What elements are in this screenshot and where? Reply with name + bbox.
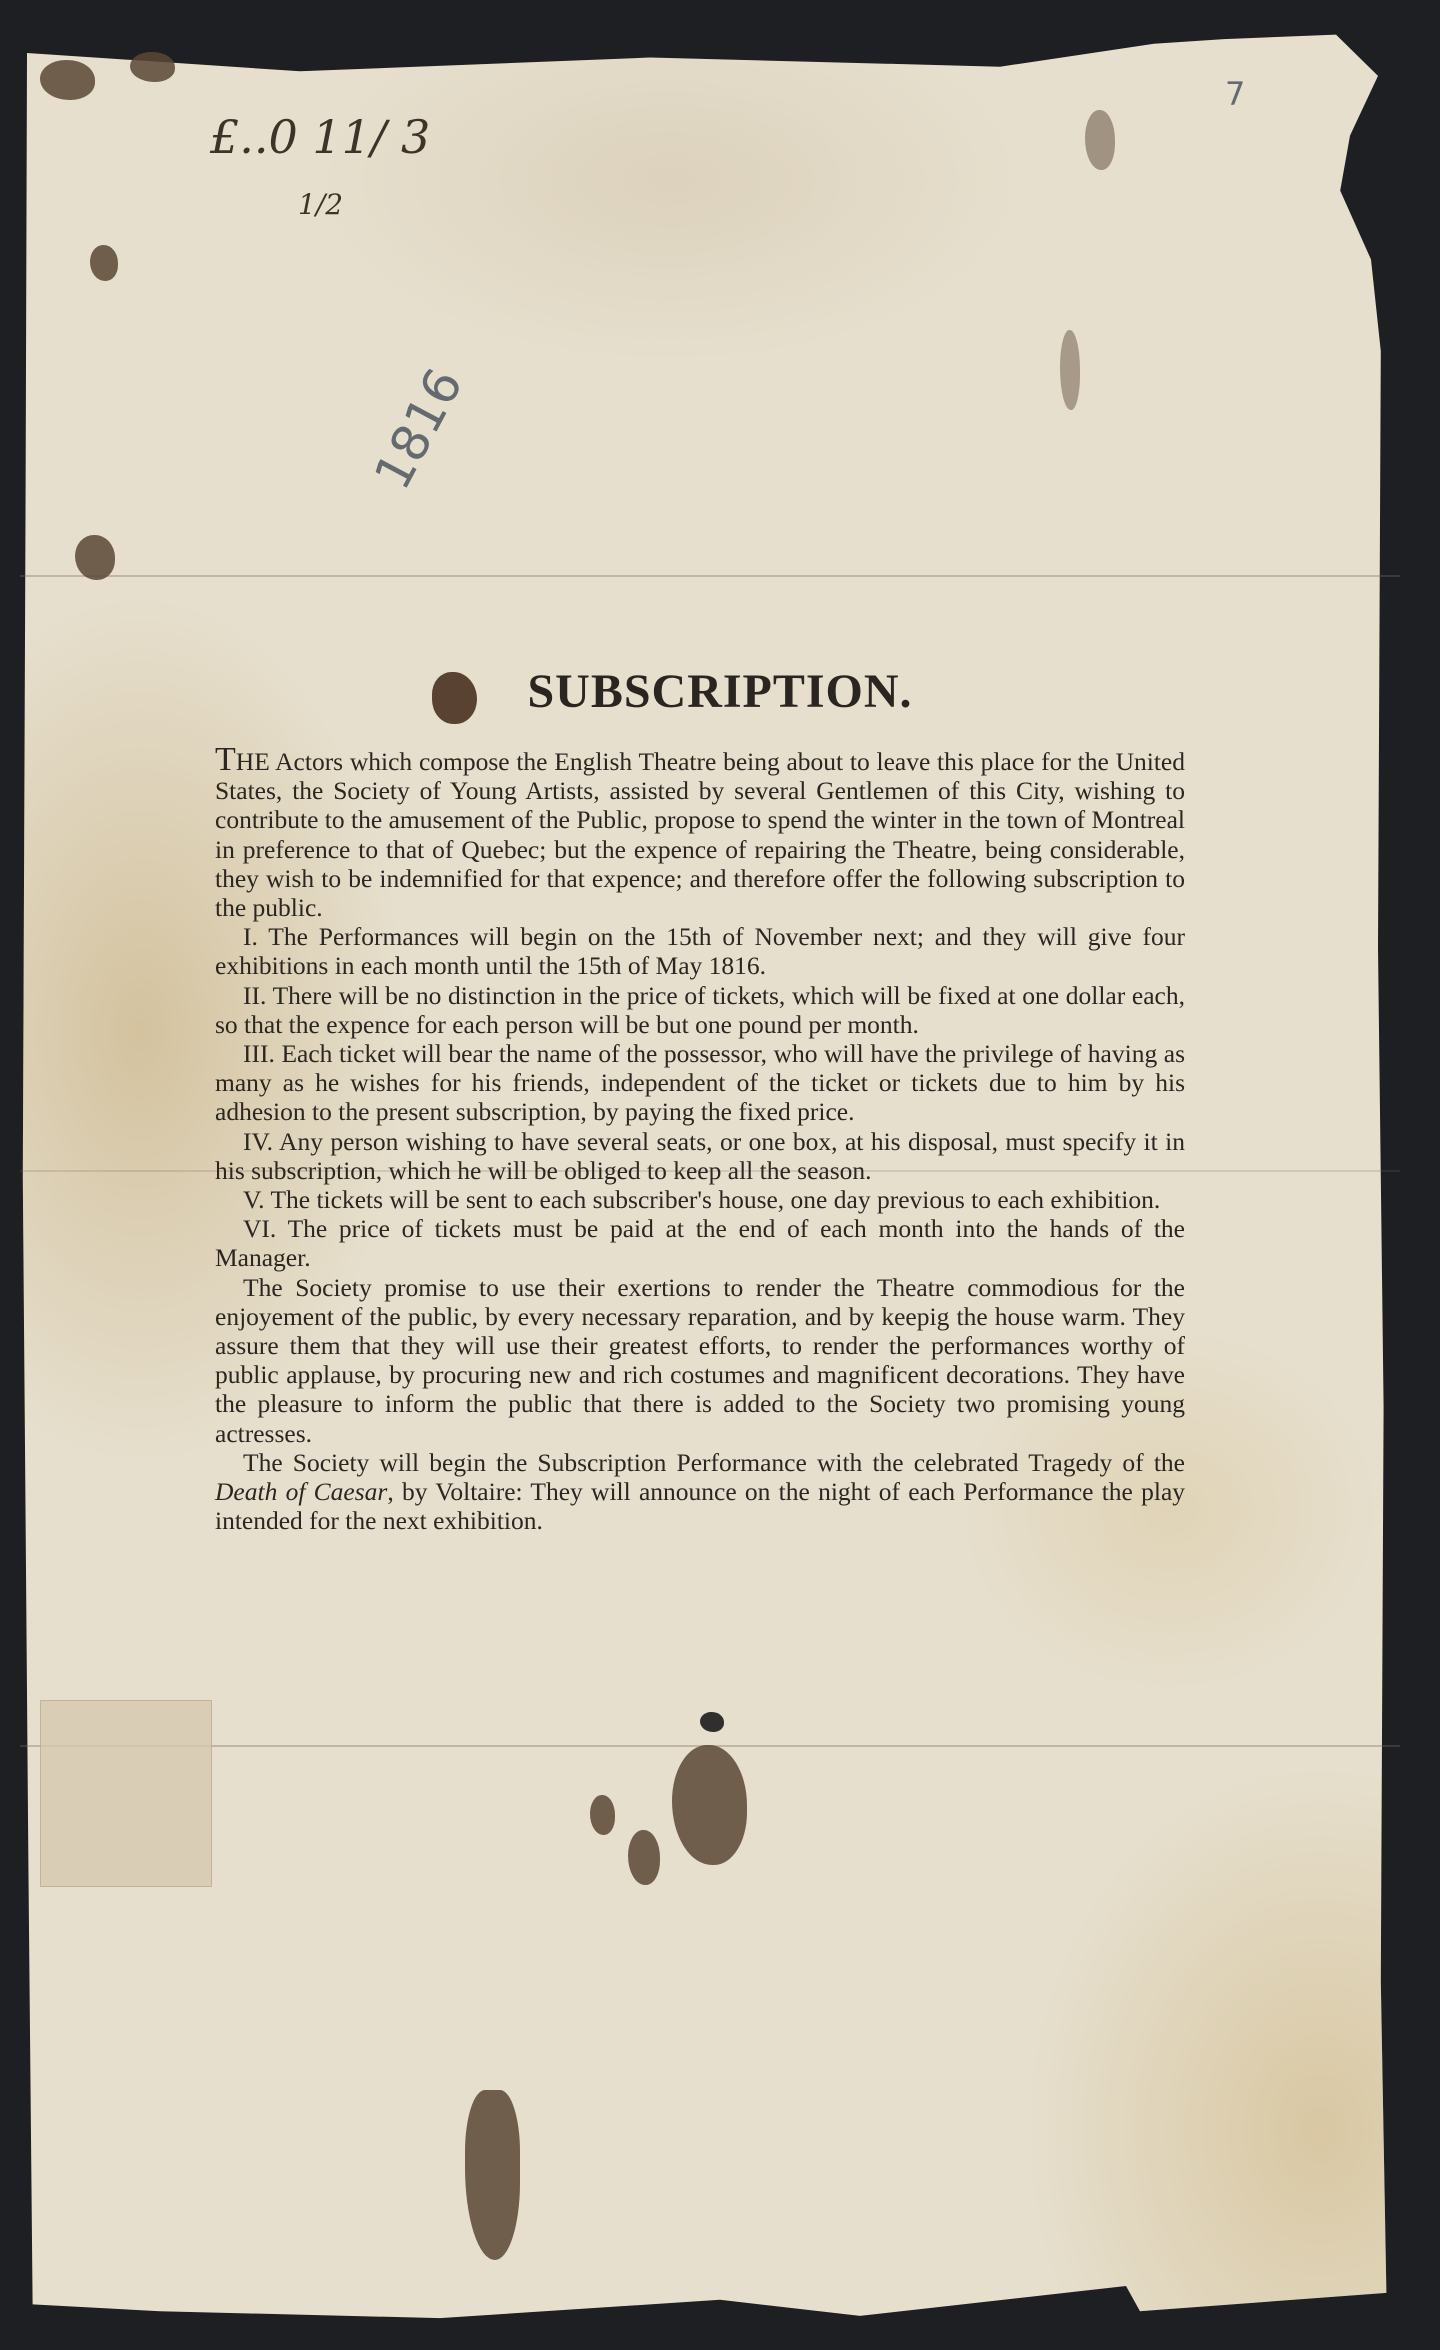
article-numeral: III. xyxy=(243,1039,275,1068)
ink-stain xyxy=(1060,330,1080,410)
article-numeral: IV. xyxy=(243,1127,273,1156)
article-text: The price of tickets must be paid at the… xyxy=(215,1214,1185,1272)
handwritten-fraction: 1/2 xyxy=(298,190,318,220)
article-5: V. The tickets will be sent to each subs… xyxy=(215,1185,1185,1214)
ink-stain xyxy=(40,60,95,100)
handwritten-amount: £..0 11/ 3 xyxy=(210,110,430,164)
document-body: THE Actors which compose the English The… xyxy=(215,745,1185,1535)
paper-hole xyxy=(700,1712,724,1732)
pencil-corner-number: 7 xyxy=(1225,75,1245,113)
page-title: SUBSCRIPTION. xyxy=(0,664,1440,719)
fold-line xyxy=(20,575,1400,577)
repair-tape xyxy=(40,1700,212,1887)
ink-stain xyxy=(628,1830,660,1885)
article-numeral: II. xyxy=(243,981,266,1010)
article-numeral: I. xyxy=(243,922,258,951)
article-text: There will be no distinction in the pric… xyxy=(215,981,1185,1039)
closing-paragraph: The Society will begin the Subscription … xyxy=(215,1448,1185,1536)
ink-stain xyxy=(1085,110,1115,170)
article-text: The tickets will be sent to each subscri… xyxy=(270,1185,1160,1214)
ink-stain xyxy=(590,1795,615,1835)
ink-stain xyxy=(75,535,115,580)
article-3: III. Each ticket will bear the name of t… xyxy=(215,1039,1185,1127)
promise-paragraph: The Society promise to use their exertio… xyxy=(215,1273,1185,1448)
article-text: Any person wishing to have several seats… xyxy=(215,1127,1185,1185)
ink-stain xyxy=(130,52,175,82)
ink-stain xyxy=(90,245,118,281)
article-numeral: VI. xyxy=(243,1214,276,1243)
article-6: VI. The price of tickets must be paid at… xyxy=(215,1214,1185,1272)
article-text: The Performances will begin on the 15th … xyxy=(215,922,1185,980)
article-2: II. There will be no distinction in the … xyxy=(215,981,1185,1039)
article-text: Each ticket will bear the name of the po… xyxy=(215,1039,1185,1126)
article-numeral: V. xyxy=(243,1185,265,1214)
intro-text: HE Actors which compose the English Thea… xyxy=(215,747,1185,922)
ink-stain xyxy=(672,1745,747,1865)
article-4: IV. Any person wishing to have several s… xyxy=(215,1127,1185,1185)
drop-cap: T xyxy=(215,741,236,778)
article-1: I. The Performances will begin on the 15… xyxy=(215,922,1185,980)
closing-text-start: The Society will begin the Subscription … xyxy=(243,1448,1185,1477)
intro-paragraph: THE Actors which compose the English The… xyxy=(215,745,1185,922)
play-title: Death of Caesar xyxy=(215,1477,387,1506)
